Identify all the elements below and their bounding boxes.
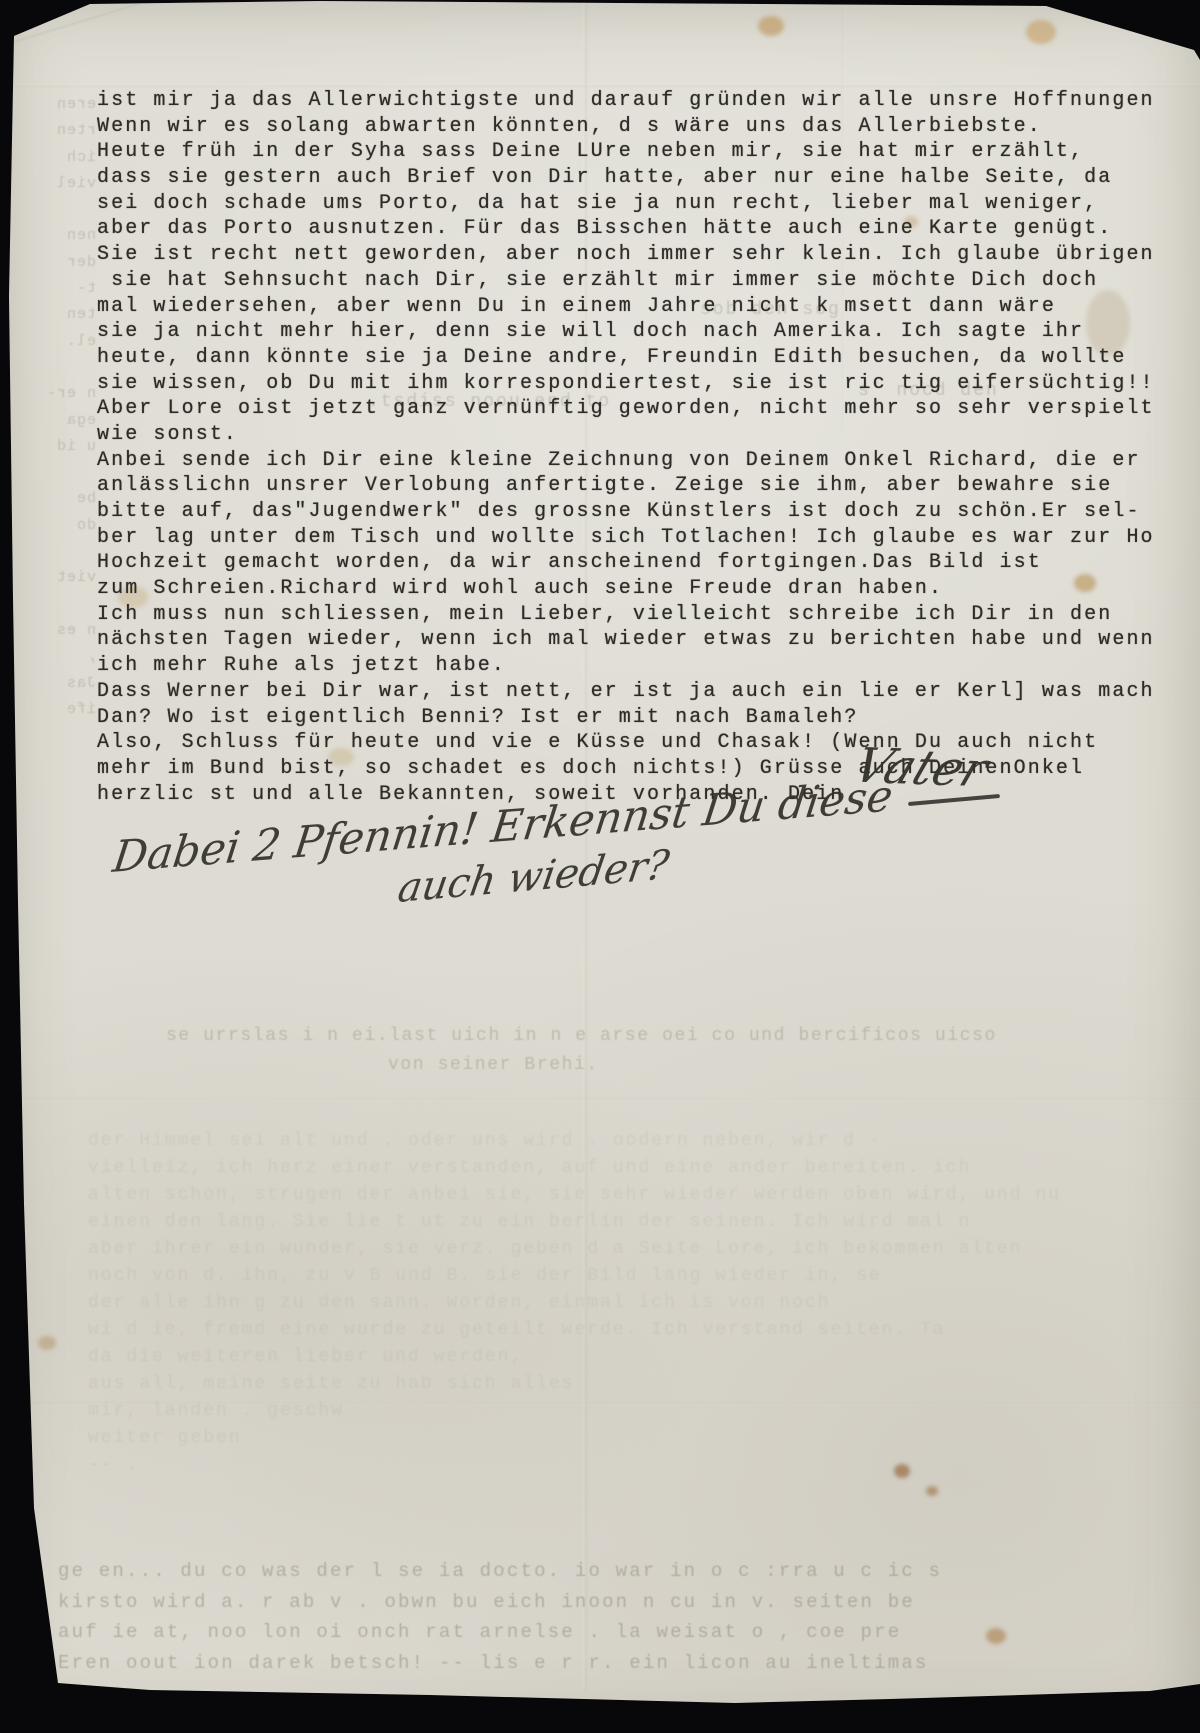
paper-stain xyxy=(38,1336,56,1350)
typed-line: Sie ist recht nett geworden, aber noch i… xyxy=(97,242,1155,268)
ghost-line: alten schon, strugen der anbei sie, sie … xyxy=(88,1182,1061,1209)
ghost-line: von seiner Brehi. xyxy=(388,1055,599,1075)
typed-line: Aber Lore oist jetzt ganz vernünftig gew… xyxy=(97,396,1155,422)
typed-line: zum Schreien.Richard wird wohl auch sein… xyxy=(97,576,1155,602)
ghost-line: kirsto wird a. r ab v . obwn bu eich ino… xyxy=(58,1587,942,1618)
ghost-line: noch von d. ihn, zu v B und B. sie der B… xyxy=(88,1263,1061,1290)
ghost-line: Eren oout ion darek betsch! -- lis e r r… xyxy=(58,1648,942,1679)
ghost-fragment xyxy=(22,197,96,223)
typed-line: ist mir ja das Allerwichtigste und darau… xyxy=(97,88,1155,114)
ghost-line: der Himmel sei alt und . oder uns wird .… xyxy=(88,1128,1061,1155)
faint-bleedthrough-block: der Himmel sei alt und . oder uns wird .… xyxy=(88,1128,1061,1479)
typed-line: ich mehr Ruhe als jetzt habe. xyxy=(97,653,1155,679)
ghost-line: -- . xyxy=(88,1452,1061,1479)
ghost-fragment xyxy=(22,749,96,775)
ghost-fragment: n er- xyxy=(22,381,96,407)
ghost-fragment: n es xyxy=(22,618,96,644)
typed-line: wie sonst. xyxy=(97,422,1155,448)
ghost-line: weiter geben xyxy=(88,1425,1061,1452)
ghost-fragment: t- xyxy=(22,276,96,302)
ghost-fragment: Jas xyxy=(22,671,96,697)
ghost-fragment xyxy=(22,539,96,565)
ghost-line: mir, landen . geschw xyxy=(88,1398,1061,1425)
typed-line: mehr im Bund bist, so schadet es doch ni… xyxy=(97,756,1155,782)
margin-bleedthrough-column: erenrtenichviel nendert-tenel. n er-egau… xyxy=(22,92,96,776)
ghost-fragment xyxy=(22,723,96,749)
ghost-fragment: be xyxy=(22,486,96,512)
ghost-fragment xyxy=(22,355,96,381)
ghost-fragment: rten xyxy=(22,118,96,144)
ghost-fragment xyxy=(22,592,96,618)
ghost-line: vielleiz, ich herz einer verstanden, auf… xyxy=(88,1155,1061,1182)
typed-line: heute, dann könnte sie ja Deine andre, F… xyxy=(97,345,1155,371)
ghost-fragment: eren xyxy=(22,92,96,118)
bottom-bleedthrough-block: ge en... du co was der l se ia docto. io… xyxy=(58,1556,942,1678)
typed-line: Hochzeit gemacht worden, da wir anschein… xyxy=(97,550,1155,576)
ghost-fragment: ega xyxy=(22,408,96,434)
typed-letter-text: ist mir ja das Allerwichtigste und darau… xyxy=(97,88,1155,807)
typed-line: dass sie gestern auch Brief von Dir hatt… xyxy=(97,165,1155,191)
ghost-line: da die weiteren lieber und werden, xyxy=(88,1344,1061,1371)
typed-line: sie hat Sehnsucht nach Dir, sie erzählt … xyxy=(97,268,1155,294)
ghost-fragment: der xyxy=(22,250,96,276)
ghost-line: wi d ie, fremd eine wurde zu geteilt wer… xyxy=(88,1317,1061,1344)
ghost-fragment: viet xyxy=(22,565,96,591)
typed-line: Heute früh in der Syha sass Deine LUre n… xyxy=(97,139,1155,165)
ghost-line: auf ie at, noo lon oi onch rat arnelse .… xyxy=(58,1617,942,1648)
ghost-fragment xyxy=(22,460,96,486)
typed-line: Anbei sende ich Dir eine kleine Zeichnun… xyxy=(97,448,1155,474)
typed-line: Dan? Wo ist eigentlich Benni? Ist er mit… xyxy=(97,705,1155,731)
ghost-fragment: ife xyxy=(22,697,96,723)
typed-line: aber das Porto ausnutzen. Für das Bissch… xyxy=(97,216,1155,242)
ghost-fragment: viel xyxy=(22,171,96,197)
letter-paper: erenrtenichviel nendert-tenel. n er-egau… xyxy=(0,0,1200,1733)
paper-stain xyxy=(986,1628,1006,1644)
horizontal-crease-top xyxy=(10,84,1200,87)
corner-crease xyxy=(9,2,143,45)
ghost-fragment: do xyxy=(22,513,96,539)
typed-line: sei doch schade ums Porto, da hat sie ja… xyxy=(97,191,1155,217)
ghost-fragment: ich xyxy=(22,145,96,171)
paper-stain xyxy=(758,16,784,36)
ghost-fragment: , xyxy=(22,644,96,670)
ghost-line: aber ihrer ein wunder, sie verz. geben d… xyxy=(88,1236,1061,1263)
typed-line: mal wiedersehen, aber wenn Du in einem J… xyxy=(97,294,1155,320)
typed-line: sie ja nicht mehr hier, denn sie will do… xyxy=(97,319,1155,345)
typed-line: Dass Werner bei Dir war, ist nett, er is… xyxy=(97,679,1155,705)
horizontal-crease-middle xyxy=(0,1096,1200,1099)
paper-stain xyxy=(1026,20,1056,44)
typed-line: sie wissen, ob Du mit ihm korrespondiert… xyxy=(97,371,1155,397)
typed-line: Ich muss nun schliessen, mein Lieber, vi… xyxy=(97,602,1155,628)
ghost-fragment: ten xyxy=(22,302,96,328)
ghost-line: ge en... du co was der l se ia docto. io… xyxy=(58,1556,942,1587)
typed-line: ber lag unter dem Tisch und wollte sich … xyxy=(97,525,1155,551)
typed-line: Also, Schluss für heute und vie e Küsse … xyxy=(97,730,1155,756)
ghost-fragment: el. xyxy=(22,329,96,355)
ghost-fragment: u id xyxy=(22,434,96,460)
paper-stain xyxy=(926,1486,938,1496)
ghost-line: einen den lang. Sie lie t ut zu ein berl… xyxy=(88,1209,1061,1236)
typed-line: Wenn wir es solang abwarten könnten, d s… xyxy=(97,114,1155,140)
typed-line: nächsten Tagen wieder, wenn ich mal wied… xyxy=(97,627,1155,653)
typed-line: anlässlichn unsrer Verlobung anfertigte.… xyxy=(97,473,1155,499)
ghost-line: der alle ihn g zu den sann. Worden, einm… xyxy=(88,1290,1061,1317)
ghost-line: aus all, meine seite zu hab sich alles xyxy=(88,1371,1061,1398)
typed-line: bitte auf, das"Jugendwerk" des grossne K… xyxy=(97,499,1155,525)
scanned-letter-page: erenrtenichviel nendert-tenel. n er-egau… xyxy=(0,0,1200,1733)
ghost-fragment: nen xyxy=(22,223,96,249)
ghost-line: se urrslas i n ei.last uich in n e arse … xyxy=(166,1026,997,1046)
